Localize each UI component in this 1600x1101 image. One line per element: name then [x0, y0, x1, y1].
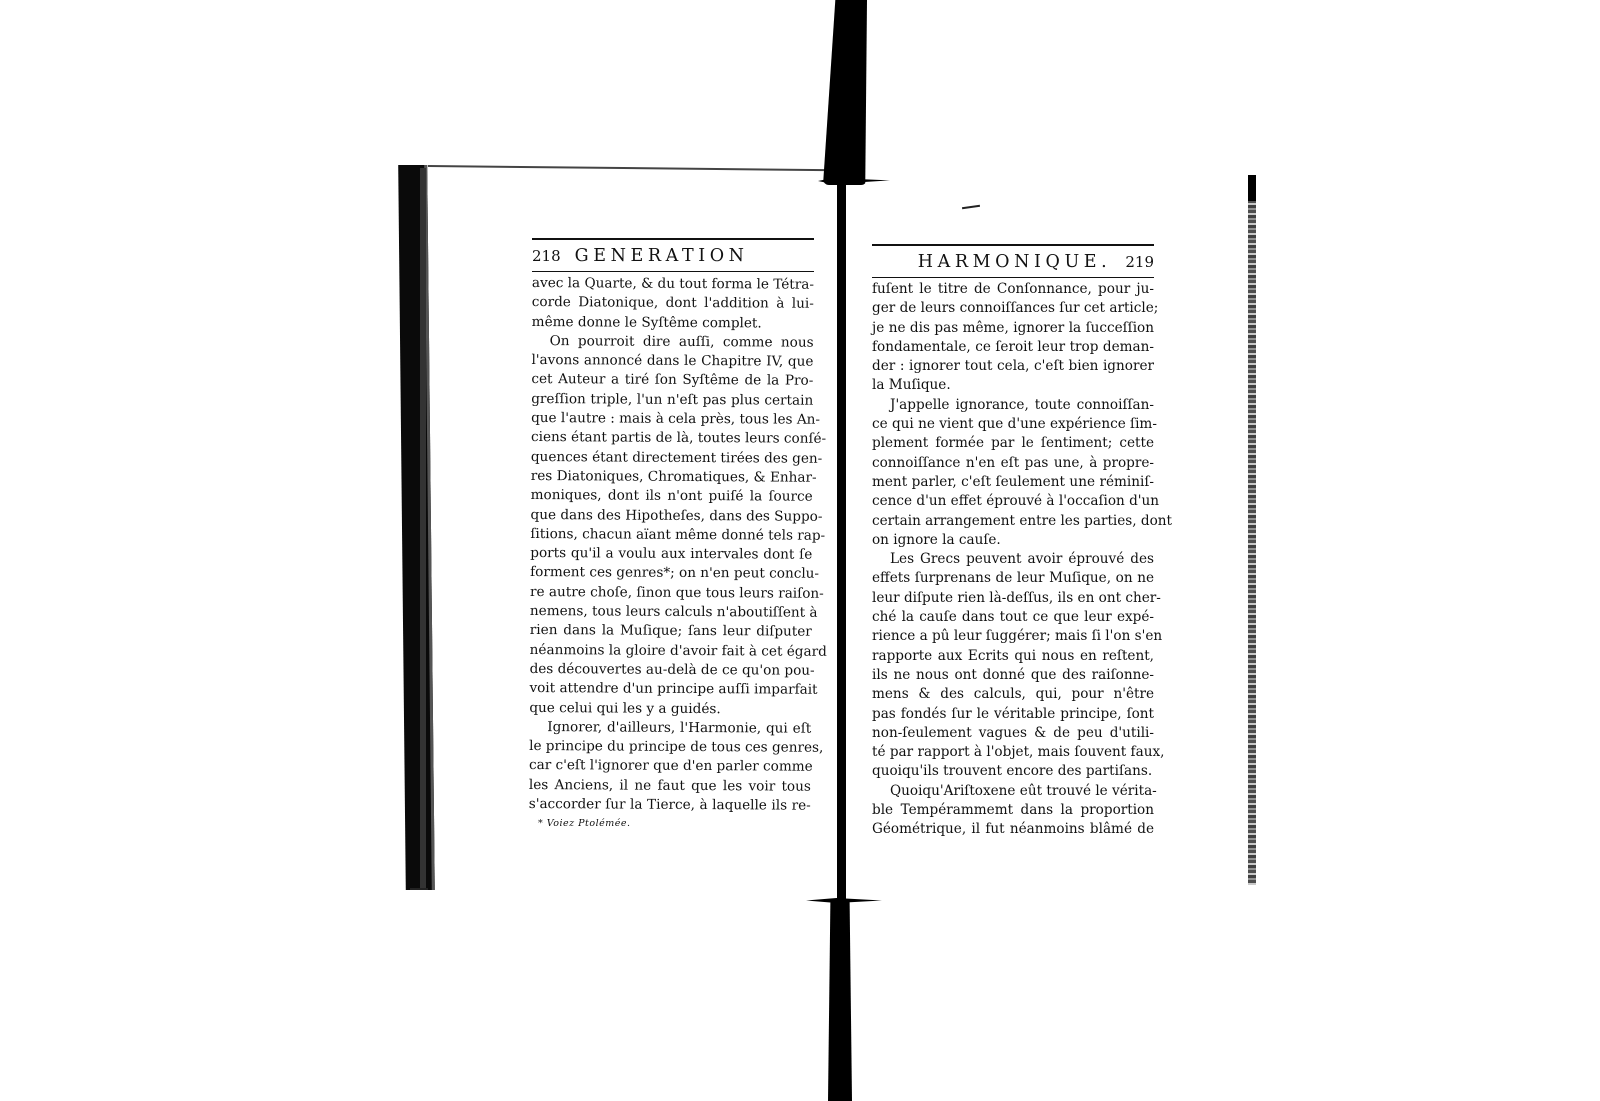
header-rule-bottom: [872, 277, 1154, 278]
text-line: effets ſurprenans de leur Muſique, on ne: [872, 569, 1154, 588]
text-line: que celui qui les y a guidés.: [529, 699, 811, 720]
scan-artifact: [962, 205, 980, 209]
right-page-edge: [1248, 175, 1256, 885]
right-page-edge-top: [1248, 175, 1256, 201]
header-rule-top: [872, 244, 1154, 246]
running-title: GENERATION: [575, 244, 749, 268]
text-line: l'avons annoncé dans le Chapitre IV, que: [531, 351, 813, 372]
text-line: Ignorer, d'ailleurs, l'Harmonie, qui eſt: [529, 718, 811, 739]
header-rule-top: [532, 238, 814, 240]
text-line: Les Grecs peuvent avoir éprouvé des: [872, 550, 1154, 569]
footnote: * Voiez Ptolémée.: [532, 818, 814, 829]
header-rule-bottom: [532, 271, 814, 272]
text-line: ports qu'il a voulu aux intervales dont …: [530, 544, 812, 565]
text-line: quences étant directement tirées des gen…: [531, 448, 813, 469]
text-line: connoiſſance n'en eſt pas une, à propre-: [872, 454, 1154, 473]
text-line: rience a pû leur ſuggérer; mais ſi l'on …: [872, 627, 1154, 646]
text-line: der : ignorer tout cela, c'eſt bien igno…: [872, 357, 1154, 376]
text-line: ger de leurs connoiſſances ſur cet artic…: [872, 299, 1154, 318]
left-book-edge: [398, 165, 435, 890]
text-line: car c'eſt l'ignorer que d'en parler comm…: [529, 756, 811, 777]
text-line: nemens, tous leurs calculs n'aboutiſſent…: [530, 602, 812, 623]
text-line: rien dans la Muſique; ſans leur diſputer: [530, 621, 812, 642]
text-line: cence d'un effet éprouvé à l'occaſion d'…: [872, 492, 1154, 511]
text-line: J'appelle ignorance, toute connoiſſan-: [872, 396, 1154, 415]
text-line: non-ſeulement vagues & de peu d'utili-: [872, 724, 1154, 743]
text-line: mens & des calculs, qui, pour n'être: [872, 685, 1154, 704]
text-line: le principe du principe de tous ces genr…: [529, 737, 811, 758]
text-line: ils ne nous ont donné que des raiſonne-: [872, 666, 1154, 685]
left-book-edge-shadow: [420, 168, 426, 888]
text-line: ce qui ne vient que d'une expérience ſim…: [872, 415, 1154, 434]
text-line: cet Auteur a tiré ſon Syſtême de la Pro-: [531, 370, 813, 391]
text-line: des découvertes au-delà de ce qu'on pou-: [530, 660, 812, 681]
body-text: fuſent le titre de Conſonnance, pour ju-…: [872, 280, 1154, 840]
text-line: je ne dis pas même, ignorer la ſucceſſio…: [872, 319, 1154, 338]
left-page: 218 GENERATION avec la Quarte, & du tout…: [532, 238, 814, 829]
text-line: pas fondés ſur le véritable principe, ſo…: [872, 705, 1154, 724]
text-line: que l'autre : mais à cela près, tous les…: [531, 409, 813, 430]
text-line: ment parler, c'eſt ſeulement une réminiſ…: [872, 473, 1154, 492]
text-line: ché la cauſe dans tout ce que leur expé-: [872, 608, 1154, 627]
text-line: même donne le Syſtême complet.: [532, 313, 814, 334]
text-line: res Diatoniques, Chromatiques, & Enhar-: [531, 467, 813, 488]
text-line: fuſent le titre de Conſonnance, pour ju-: [872, 280, 1154, 299]
text-line: que dans des Hipotheſes, dans des Suppo-: [530, 506, 812, 527]
text-line: rapporte aux Ecrits qui nous en reſtent,: [872, 647, 1154, 666]
text-line: On pourroit dire auſſi, comme nous: [532, 332, 814, 353]
text-line: néanmoins la gloire d'avoir fait à cet é…: [530, 641, 812, 662]
text-line: voit attendre d'un principe auſſi imparf…: [529, 679, 811, 700]
body-text: avec la Quarte, & du tout forma le Tétra…: [529, 274, 814, 816]
gutter-shadow-bottom: [828, 900, 852, 1101]
text-line: forment ces genres*; on n'en peut conclu…: [530, 563, 812, 584]
text-line: certain arrangement entre les parties, d…: [872, 512, 1154, 531]
text-line: leur diſpute rien là-deſſus, ils en ont …: [872, 589, 1154, 608]
gutter-shadow-top: [823, 0, 867, 185]
text-line: re autre choſe, ſinon que tous leurs rai…: [530, 583, 812, 604]
text-line: on ignore la cauſe.: [872, 531, 1154, 550]
page-number: 218: [532, 244, 561, 268]
text-line: la Muſique.: [872, 376, 1154, 395]
left-page-top-edge: [428, 165, 838, 171]
text-line: ciens étant partis de là, toutes leurs c…: [531, 428, 813, 449]
left-page-bottom-edge: [410, 888, 428, 890]
page-number: 219: [1125, 250, 1154, 274]
text-line: corde Diatonique, dont l'addition à lui-: [532, 293, 814, 314]
book-gutter: [837, 180, 846, 910]
running-title: HARMONIQUE.: [918, 250, 1112, 274]
text-line: les Anciens, il ne faut que les voir tou…: [529, 776, 811, 797]
text-line: plement formée par le ſentiment; cette: [872, 434, 1154, 453]
text-line: Quoiqu'Ariſtoxene eût trouvé le vérita-: [872, 782, 1154, 801]
text-line: ſitions, chacun aïant même donné tels ra…: [530, 525, 812, 546]
right-page: HARMONIQUE. 219 fuſent le titre de Conſo…: [872, 244, 1154, 840]
text-line: quoiqu'ils trouvent encore des partiſans…: [872, 762, 1154, 781]
text-line: avec la Quarte, & du tout forma le Tétra…: [532, 274, 814, 295]
text-line: greſſion triple, l'un n'eſt pas plus cer…: [531, 390, 813, 411]
running-head: HARMONIQUE. 219: [872, 250, 1154, 274]
text-line: moniques, dont ils n'ont puiſé la ſource: [531, 486, 813, 507]
text-line: s'accorder ſur la Tierce, à laquelle ils…: [529, 795, 811, 816]
text-line: ble Tempérammemt dans la proportion: [872, 801, 1154, 820]
text-line: Géométrique, il fut néanmoins blâmé de: [872, 820, 1154, 839]
running-head: 218 GENERATION: [532, 244, 814, 268]
text-line: té par rapport à l'objet, mais ſouvent f…: [872, 743, 1154, 762]
text-line: fondamentale, ce ſeroit leur trop deman-: [872, 338, 1154, 357]
scanned-book-spread: 218 GENERATION avec la Quarte, & du tout…: [0, 0, 1600, 1101]
